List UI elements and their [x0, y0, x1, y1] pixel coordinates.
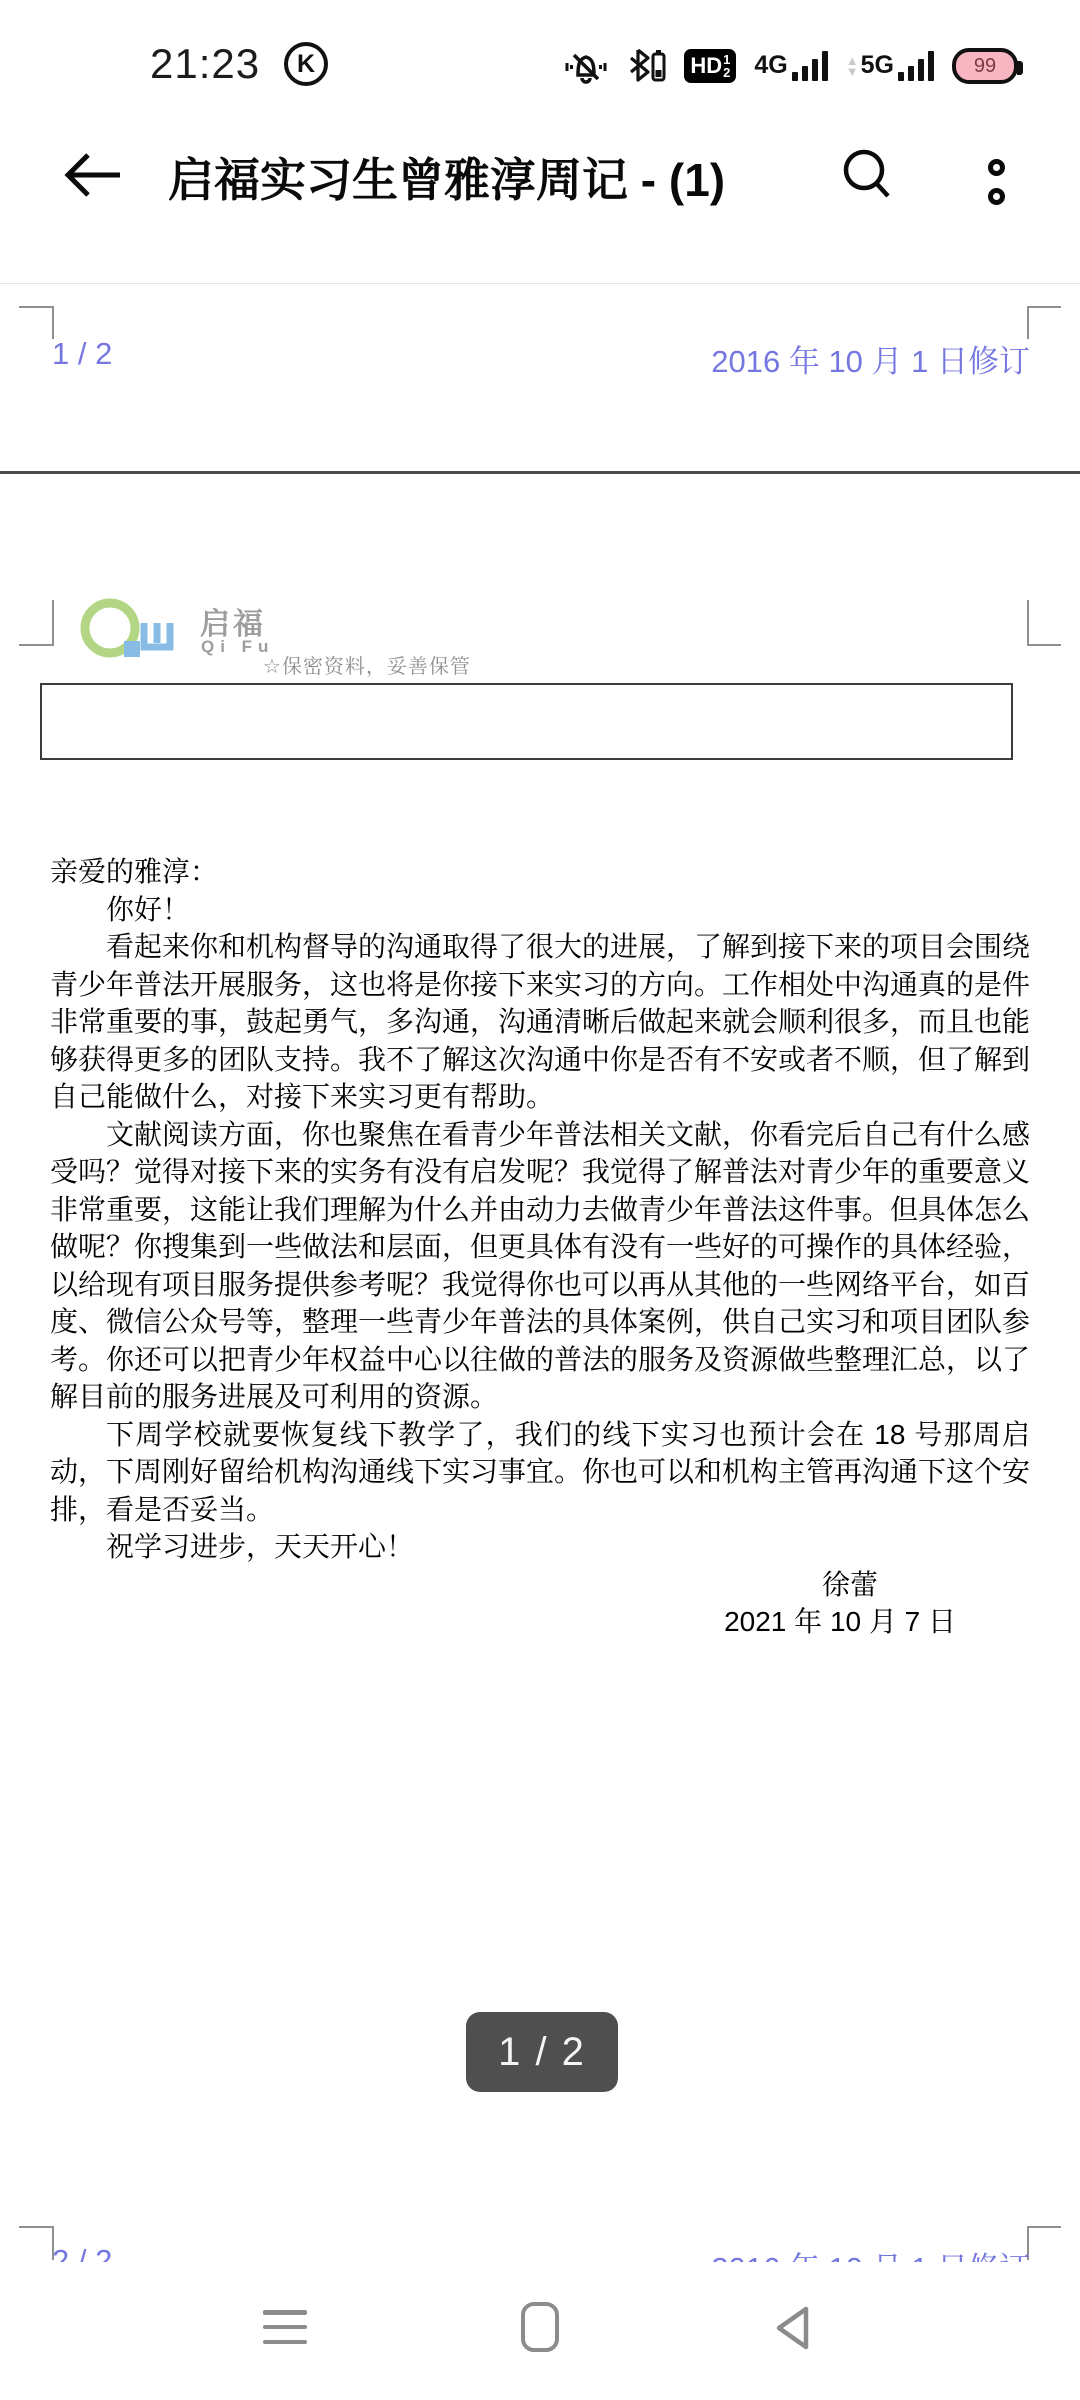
letter-paragraph: 你好！ — [50, 891, 1030, 929]
header-separator-line — [0, 471, 1080, 474]
letter-salutation: 亲爱的雅淳： — [50, 853, 1030, 891]
empty-table-box — [40, 683, 1013, 760]
back-arrow-icon — [58, 140, 128, 210]
qifu-logo-icon — [80, 593, 190, 671]
carrier-k-icon: K — [284, 42, 328, 86]
letter-body: 亲爱的雅淳： 你好！ 看起来你和机构督导的沟通取得了很大的进展，了解到接下来的项… — [50, 853, 1030, 1641]
menu-nav-button[interactable] — [263, 2310, 307, 2344]
letter-paragraph: 看起来你和机构督导的沟通取得了很大的进展，了解到接下来的项目会围绕青少年普法开展… — [50, 928, 1030, 1116]
menu-line — [263, 2310, 307, 2315]
volte-hd-badge: HD 1 2 — [684, 49, 736, 83]
margin-mark — [1027, 306, 1029, 339]
confidential-note: ☆保密资料，妥善保管 — [263, 650, 471, 679]
page2-revision-header: 2016 年 10 月 1 日修订 — [711, 2243, 1030, 2262]
signal-sim1: 4G — [754, 51, 827, 81]
mute-vibrate-icon — [564, 45, 608, 87]
page2-header-clipped: 2 / 2 2016 年 10 月 1 日修订 — [0, 2226, 1080, 2262]
more-options-button[interactable] — [968, 144, 1024, 220]
document-scroll-area[interactable]: 1 / 2 2016 年 10 月 1 日修订 启福 Qi Fu ☆保密资料，妥… — [0, 285, 1080, 2262]
phone-screen: 21:23 K HD 1 2 — [0, 0, 1080, 2400]
margin-mark — [19, 306, 53, 308]
navigation-bar — [0, 2262, 1080, 2400]
margin-mark — [1027, 306, 1061, 308]
battery-indicator: 99 — [952, 48, 1018, 84]
margin-mark — [19, 644, 53, 646]
letter-date: 2021 年 10 月 7 日 — [50, 1603, 1030, 1641]
page2-number-header: 2 / 2 — [52, 2243, 112, 2262]
letter-signer: 徐蕾 — [50, 1566, 1030, 1604]
home-nav-button[interactable] — [521, 2302, 559, 2352]
search-button[interactable] — [836, 144, 900, 208]
margin-mark — [19, 2226, 53, 2228]
dot-icon — [988, 159, 1005, 176]
margin-mark — [1027, 644, 1061, 646]
letter-paragraph: 下周学校就要恢复线下教学了，我们的线下实习也预计会在 18 号那周启动，下周刚好… — [50, 1416, 1030, 1529]
signal-sim2: ▲▼ 5G — [846, 51, 934, 81]
bluetooth-icon — [626, 44, 666, 88]
back-button[interactable] — [58, 140, 128, 210]
back-triangle-icon — [770, 2304, 814, 2352]
app-toolbar: 启福实习生曾雅淳周记 - (1) — [0, 100, 1080, 284]
letter-paragraph: 文献阅读方面，你也聚焦在看青少年普法相关文献，你看完后自己有什么感受吗？觉得对接… — [50, 1116, 1030, 1416]
dot-icon — [988, 188, 1005, 205]
back-nav-button[interactable] — [770, 2304, 814, 2352]
margin-mark — [52, 600, 54, 646]
status-icons: HD 1 2 4G ▲▼ 5G 99 — [564, 44, 1018, 88]
document-title: 启福实习生曾雅淳周记 - (1) — [168, 144, 828, 210]
page-indicator-pill: 1 / 2 — [466, 2012, 618, 2092]
page-number-header: 1 / 2 — [52, 336, 112, 372]
margin-mark — [52, 306, 54, 339]
clock: 21:23 — [150, 40, 260, 88]
menu-line — [263, 2325, 307, 2330]
letter-paragraph: 祝学习进步，天天开心！ — [50, 1528, 1030, 1566]
margin-mark — [1027, 600, 1029, 646]
menu-line — [263, 2340, 307, 2345]
search-icon — [836, 144, 900, 208]
margin-mark — [1027, 2226, 1061, 2228]
revision-date-header: 2016 年 10 月 1 日修订 — [711, 336, 1030, 381]
status-bar: 21:23 K HD 1 2 — [0, 0, 1080, 100]
